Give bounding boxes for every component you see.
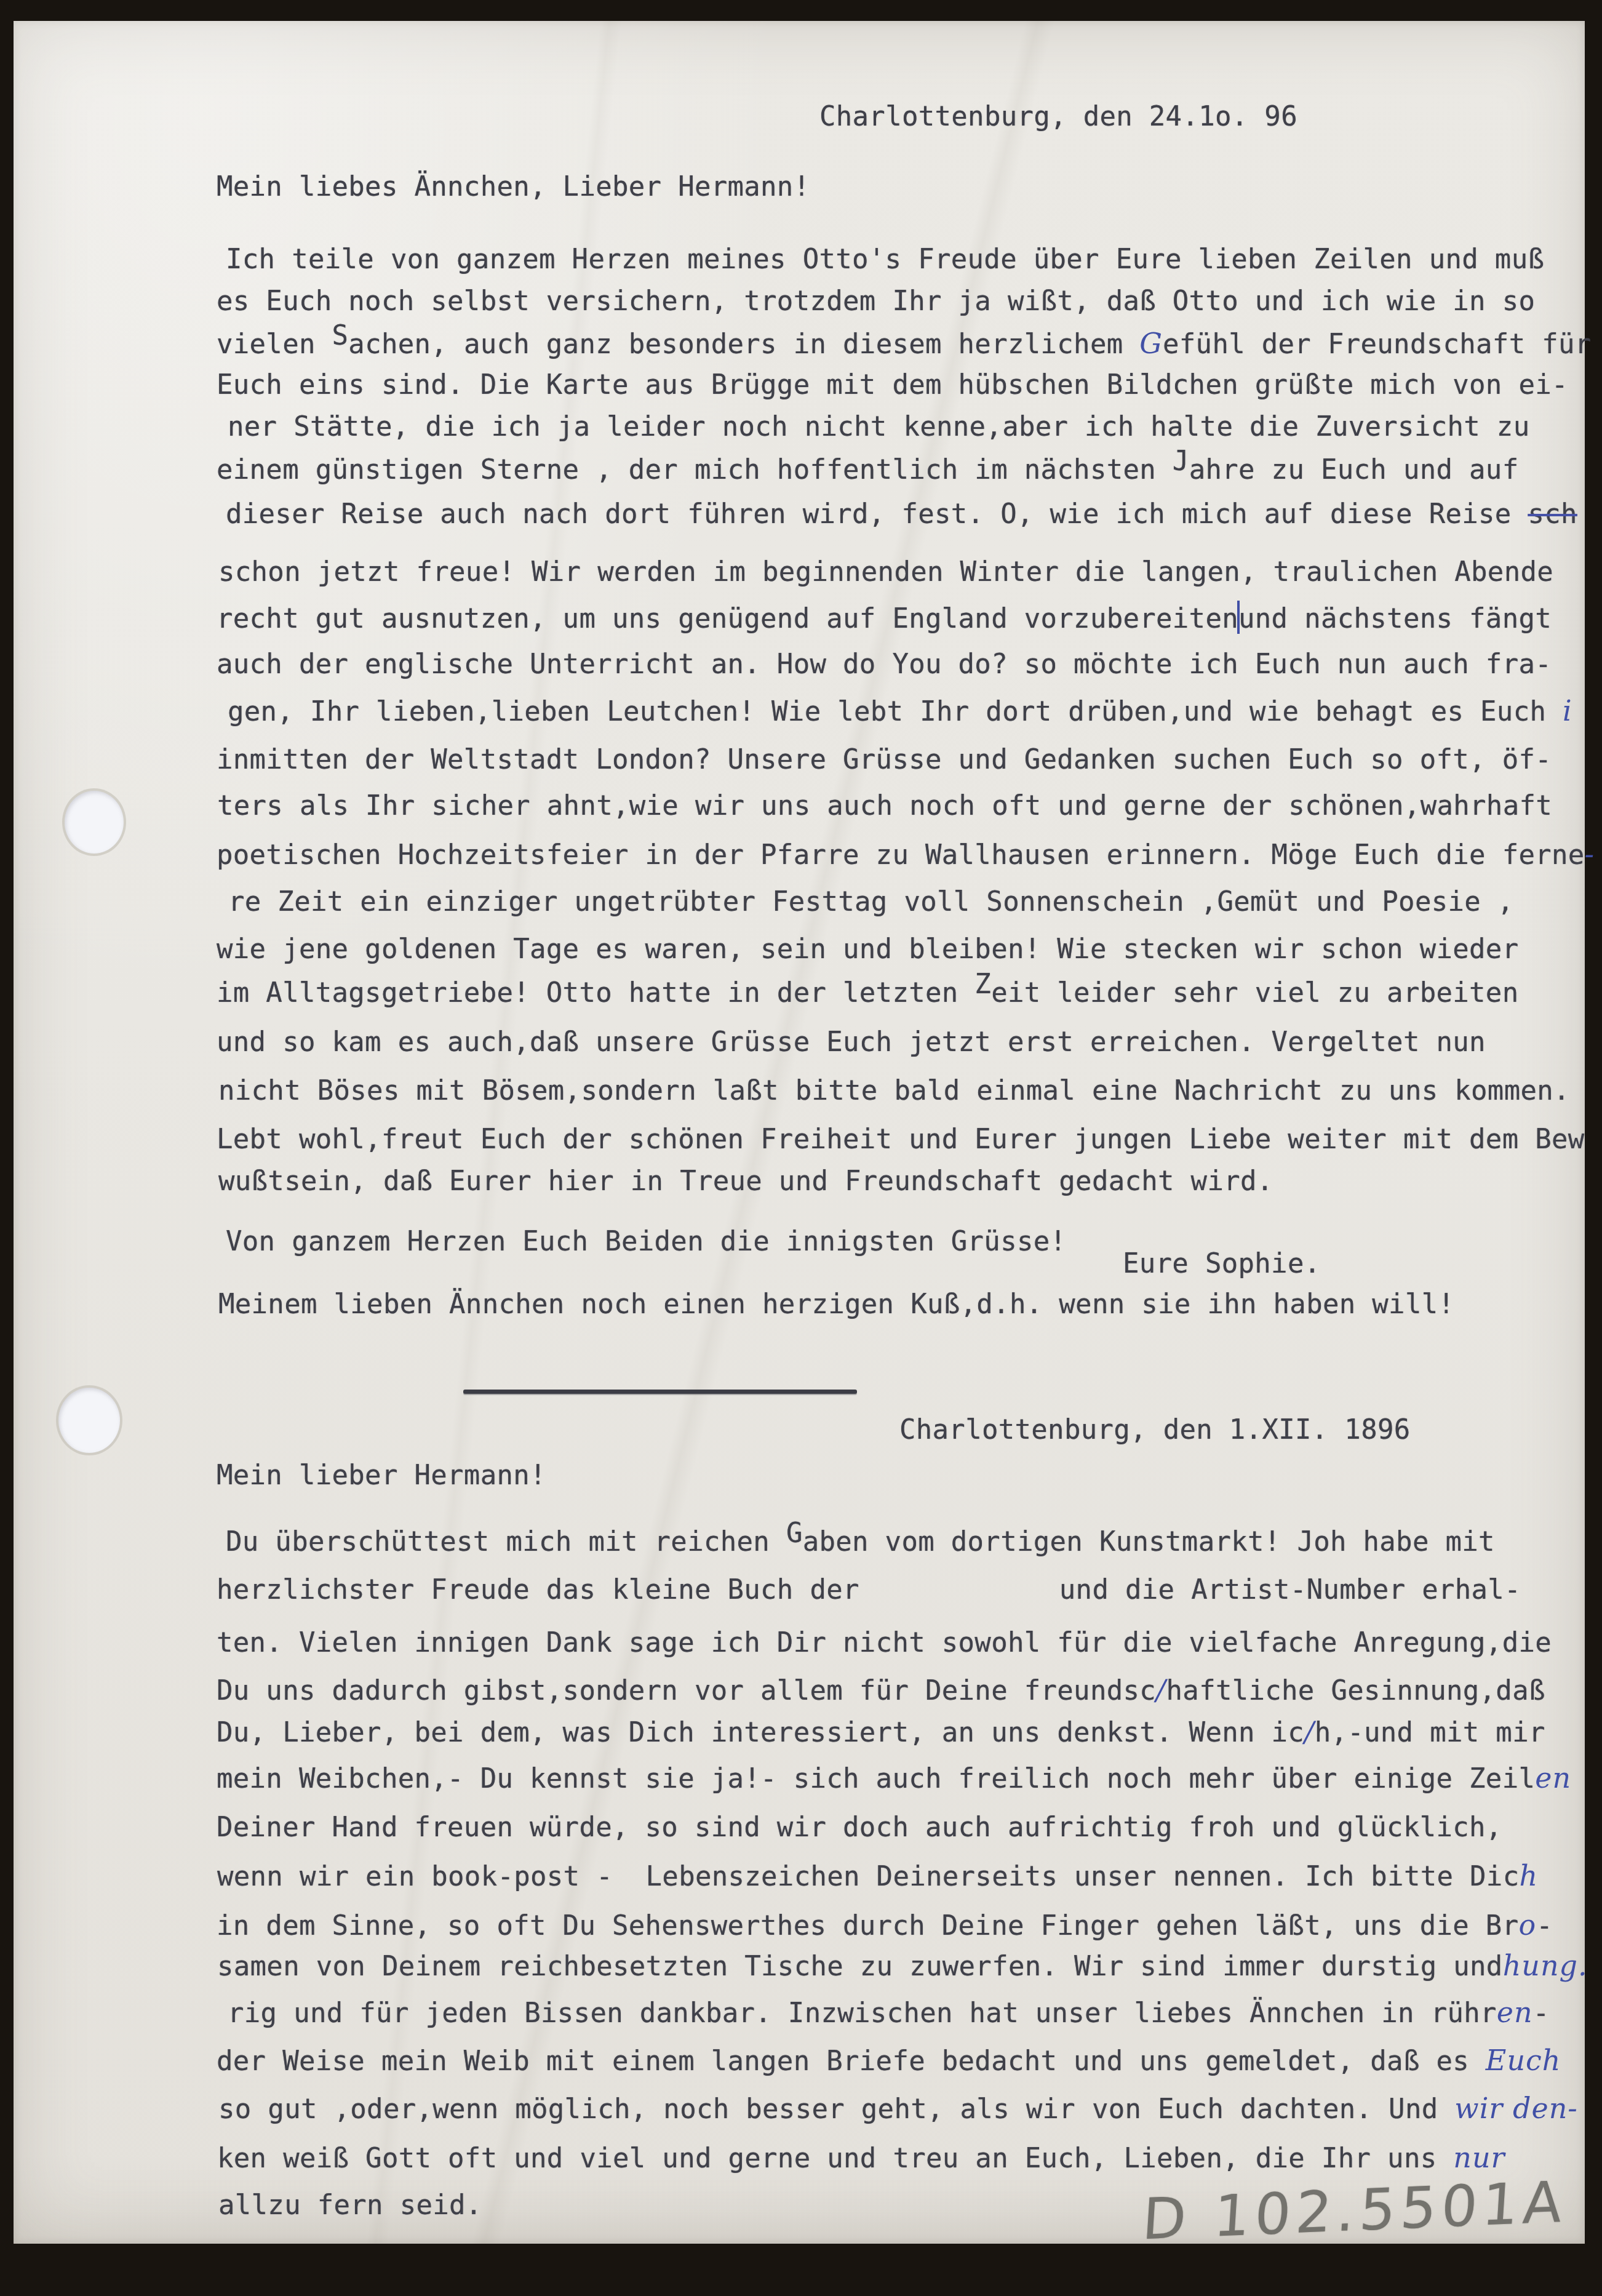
handwritten-ink-segment: en	[1535, 1761, 1571, 1794]
typed-text-segment: aben vom dortigen Kunstmarkt! Joh habe m…	[803, 1526, 1495, 1558]
typed-text-segment: mein Weibchen,- Du kennst sie ja!- sich …	[217, 1763, 1535, 1794]
typed-text-segment: es Euch noch selbst versichern, trotzdem…	[217, 286, 1535, 317]
typed-text-segment: nicht Böses mit Bösem,sondern laßt bitte…	[218, 1075, 1570, 1106]
letter-1-body-line: einem günstigen Sterne , der mich hoffen…	[217, 453, 1518, 487]
letter-1-body-line: Von ganzem Herzen Euch Beiden die innigs…	[226, 1225, 1066, 1259]
letter-2-body-line: der Weise mein Weib mit einem langen Bri…	[217, 2043, 1561, 2079]
typed-text-segment: allzu fern seid.	[218, 2190, 482, 2221]
letter-1-body-line: ner Stätte, die ich ja leider noch nicht…	[228, 410, 1529, 444]
typed-text-segment: gen, Ihr lieben,lieben Leutchen! Wie leb…	[228, 696, 1563, 727]
letter-1-body-line: Eure Sophie.	[1123, 1247, 1320, 1281]
typed-text-segment: auch der englische Unterricht an. How do…	[217, 649, 1552, 680]
typed-text-segment: S	[332, 320, 349, 351]
typed-text-segment: Euch eins sind. Die Karte aus Brügge mit…	[217, 369, 1568, 401]
letter-2-body-line: wenn wir ein book-post - Lebenszeichen D…	[217, 1858, 1538, 1894]
handwritten-ink-segment: -	[1585, 838, 1595, 871]
letter-1-body-line: schon jetzt freue! Wir werden im beginne…	[218, 555, 1553, 590]
typed-text-segment: G	[786, 1518, 803, 1549]
handwritten-ink-segment: wir den-	[1454, 2092, 1578, 2125]
typed-text-segment: -	[1536, 1910, 1553, 1942]
typed-text-segment: Du uns dadurch gibst,sondern vor allem f…	[217, 1675, 1156, 1706]
typed-text-segment: Z	[974, 969, 991, 1000]
letter-2-salutation: Mein lieber Hermann!	[217, 1458, 546, 1493]
letter-2-body-line: Deiner Hand freuen würde, so sind wir do…	[217, 1810, 1502, 1845]
typed-text-segment: in dem Sinne, so oft Du Sehenswerthes du…	[217, 1910, 1518, 1942]
typed-text-segment: und nächstens fängt	[1238, 603, 1552, 634]
typed-text-segment: Mein lieber Hermann!	[217, 1460, 546, 1491]
letter-2-body-line: Du, Lieber, bei dem, was Dich interessie…	[217, 1714, 1545, 1750]
typed-text-segment: einem günstigen Sterne , der mich hoffen…	[217, 454, 1173, 486]
letter-1-body-line: recht gut ausnutzen, um uns genügend auf…	[217, 601, 1552, 636]
typed-text-segment: eit leider sehr viel zu arbeiten	[991, 977, 1518, 1009]
handwritten-ink-segment: hung.	[1503, 1949, 1588, 1982]
typed-text-segment: Du, Lieber, bei dem, was Dich interessie…	[217, 1717, 1304, 1748]
letter-2-body-line: ken weiß Gott oft und viel und gerne und…	[217, 2140, 1505, 2176]
paper: D 102.5501A Charlottenburg, den 24.1o. 9…	[14, 21, 1585, 2244]
typed-text-segment: Charlottenburg, den 24.1o. 96	[819, 101, 1297, 132]
typed-text-segment: Mein liebes Ännchen, Lieber Hermann!	[217, 171, 810, 202]
typed-text-segment: ten. Vielen innigen Dank sage ich Dir ni…	[217, 1627, 1552, 1658]
typed-text-segment: und so kam es auch,daß unsere Grüsse Euc…	[217, 1026, 1486, 1058]
typed-text-segment: rig und für jeden Bissen dankbar. Inzwis…	[228, 1998, 1497, 2029]
letter-2-body-line: so gut ,oder,wenn möglich, noch besser g…	[218, 2091, 1578, 2127]
typed-text-segment: Du überschüttest mich mit reichen	[226, 1526, 786, 1558]
typed-text-segment: ken weiß Gott oft und viel und gerne und…	[217, 2143, 1453, 2174]
letter-1-body-line: es Euch noch selbst versichern, trotzdem…	[217, 284, 1535, 319]
typed-text-segment: -	[1533, 1998, 1550, 2029]
letter-2-body-line: mein Weibchen,- Du kennst sie ja!- sich …	[217, 1761, 1571, 1796]
typed-text-segment: Deiner Hand freuen würde, so sind wir do…	[217, 1812, 1502, 1843]
typed-text-segment: Charlottenburg, den 1.XII. 1896	[899, 1414, 1411, 1446]
handwritten-ink-segment: h	[1519, 1859, 1538, 1892]
letter-1-body-line: ters als Ihr sicher ahnt,wie wir uns auc…	[217, 789, 1552, 823]
typed-text-segment: wenn wir ein book-post - Lebenszeichen D…	[217, 1861, 1519, 1892]
typed-text-segment: poetischen Hochzeitsfeier in der Pfarre …	[217, 839, 1585, 871]
typed-text-segment: Von ganzem Herzen Euch Beiden die innigs…	[226, 1226, 1066, 1257]
letter-1-body-line: und so kam es auch,daß unsere Grüsse Euc…	[217, 1025, 1486, 1060]
typed-text-segment: dieser Reise auch nach dort führen wird,…	[226, 498, 1528, 530]
letter-1-dateline: Charlottenburg, den 24.1o. 96	[819, 100, 1297, 134]
typed-text-segment: vielen	[217, 329, 332, 360]
scanned-letter-page: { "document": { "kind": "typewritten-let…	[0, 0, 1602, 2296]
typed-text-segment: und die Artist-Number erhal-	[1059, 1574, 1521, 1606]
handwritten-ink-segment: ∕	[1304, 1715, 1315, 1748]
typed-text-segment: achen, auch ganz besonders in diesem her…	[348, 329, 1139, 360]
letter-2-body-line: Du uns dadurch gibst,sondern vor allem f…	[217, 1673, 1545, 1708]
typed-text-segment: herzlichster Freude das kleine Buch der	[217, 1574, 859, 1606]
typed-text-segment: sch	[1528, 498, 1577, 530]
letter-1-body-line: inmitten der Weltstadt London? Unsere Gr…	[217, 743, 1552, 777]
punch-hole-top	[65, 791, 124, 854]
letter-1-salutation: Mein liebes Ännchen, Lieber Hermann!	[217, 170, 810, 204]
letter-2-body-line: herzlichster Freude das kleine Buch deru…	[217, 1573, 1521, 1607]
letter-1-body-line: auch der englische Unterricht an. How do…	[217, 647, 1552, 682]
letter-1-body-line: re Zeit ein einziger ungetrübter Festtag…	[228, 885, 1514, 919]
letter-2-body-line: Du überschüttest mich mit reichen Gaben …	[226, 1525, 1495, 1559]
letter-1-body-line: dieser Reise auch nach dort führen wird,…	[226, 497, 1577, 532]
typed-text-segment: recht gut ausnutzen, um uns genügend auf…	[217, 603, 1238, 634]
typed-text-segment: J	[1173, 446, 1189, 477]
typed-text-segment: der Weise mein Weib mit einem langen Bri…	[217, 2046, 1486, 2077]
typed-text-segment: Ich teile von ganzem Herzen meines Otto'…	[226, 244, 1544, 275]
typed-text-segment: wußtsein, daß Eurer hier in Treue und Fr…	[218, 1166, 1273, 1197]
letter-2-body-line: ten. Vielen innigen Dank sage ich Dir ni…	[217, 1626, 1552, 1660]
typed-text-segment: Lebt wohl,freut Euch der schönen Freihei…	[217, 1124, 1585, 1155]
handwritten-ink-segment: ∕	[1156, 1673, 1166, 1706]
letter-1-body-line: wußtsein, daß Eurer hier in Treue und Fr…	[218, 1164, 1273, 1199]
typed-text-segment: h,-und mit mir	[1315, 1717, 1545, 1748]
letter-2-dateline: Charlottenburg, den 1.XII. 1896	[899, 1413, 1411, 1447]
typed-text-segment: ner Stätte, die ich ja leider noch nicht…	[228, 411, 1529, 442]
typed-text-segment: haftliche Gesinnung,daß	[1166, 1675, 1545, 1706]
typed-text-segment: wie jene goldenen Tage es waren, sein un…	[217, 934, 1518, 965]
letter-1-body-line: gen, Ihr lieben,lieben Leutchen! Wie leb…	[228, 694, 1572, 729]
typed-text-segment: efühl der Freundschaft für	[1163, 329, 1592, 360]
typed-text-segment: ters als Ihr sicher ahnt,wie wir uns auc…	[217, 790, 1552, 822]
handwritten-ink-segment: o	[1518, 1908, 1536, 1942]
handwritten-ink-segment: G	[1139, 327, 1163, 360]
letter-2-body-line: samen von Deinem reichbesetzten Tische z…	[217, 1948, 1588, 1984]
letter-1-body-line: Lebt wohl,freut Euch der schönen Freihei…	[217, 1122, 1585, 1157]
handwritten-ink-segment: nur	[1453, 2141, 1505, 2174]
letter-1-body-line: poetischen Hochzeitsfeier in der Pfarre …	[217, 837, 1595, 873]
section-divider-line	[463, 1390, 857, 1394]
punch-hole-bottom	[58, 1388, 120, 1453]
handwritten-ink-segment: i	[1563, 694, 1572, 727]
typed-text-segment: schon jetzt freue! Wir werden im beginne…	[218, 556, 1553, 588]
letter-1-body-line: vielen Sachen, auch ganz besonders in di…	[217, 326, 1592, 362]
handwritten-ink-segment: Euch	[1486, 2044, 1561, 2077]
letter-1-body-line: nicht Böses mit Bösem,sondern laßt bitte…	[218, 1074, 1570, 1108]
letter-2-body-line: allzu fern seid.	[218, 2188, 482, 2223]
letter-1-body-line: im Alltagsgetriebe! Otto hatte in der le…	[217, 976, 1518, 1010]
letter-1-body-line: Euch eins sind. Die Karte aus Brügge mit…	[217, 368, 1568, 402]
archive-mark: D 102.5501A	[1141, 2169, 1569, 2252]
letter-2-body-line: rig und für jeden Bissen dankbar. Inzwis…	[228, 1995, 1550, 2031]
typed-text-segment: inmitten der Weltstadt London? Unsere Gr…	[217, 744, 1552, 775]
typed-text-segment: Eure Sophie.	[1123, 1248, 1320, 1279]
handwritten-ink-segment: en	[1497, 1996, 1533, 2029]
letter-1-body-line: wie jene goldenen Tage es waren, sein un…	[217, 932, 1518, 967]
typed-text-segment: ahre zu Euch und auf	[1189, 454, 1519, 486]
letter-1-body-line: Meinem lieben Ännchen noch einen herzige…	[218, 1287, 1454, 1322]
typed-text-segment: so gut ,oder,wenn möglich, noch besser g…	[218, 2094, 1454, 2125]
letter-1-body-line: Ich teile von ganzem Herzen meines Otto'…	[226, 242, 1544, 277]
typed-text-segment: Meinem lieben Ännchen noch einen herzige…	[218, 1289, 1454, 1320]
typed-text-segment: re Zeit ein einziger ungetrübter Festtag…	[228, 886, 1514, 918]
typed-text-segment: im Alltagsgetriebe! Otto hatte in der le…	[217, 977, 974, 1009]
typed-text-segment: samen von Deinem reichbesetzten Tische z…	[217, 1951, 1503, 1982]
letter-2-body-line: in dem Sinne, so oft Du Sehenswerthes du…	[217, 1908, 1553, 1943]
